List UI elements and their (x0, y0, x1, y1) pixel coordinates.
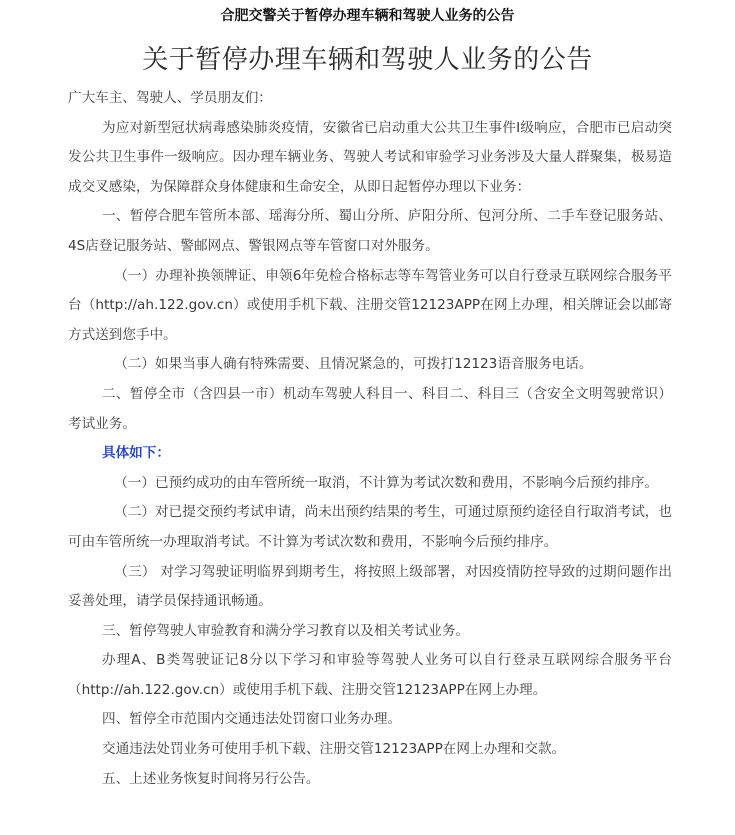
intro-paragraph: 为应对新型冠状病毒感染肺炎疫情，安徽省已启动重大公共卫生事件Ⅰ级响应，合肥市已启… (68, 114, 672, 203)
section-1-item-1: （一）办理补换领牌证、申领6年免检合格标志等车驾管业务可以自行登录互联网综合服务… (68, 262, 672, 351)
section-5-heading: 五、上述业务恢复时间将另行公告。 (68, 765, 672, 795)
section-1-heading: 一、暂停合肥车管所本部、瑶海分所、蜀山分所、庐阳分所、包河分所、二手车登记服务站… (68, 202, 672, 261)
section-2-item-1: （一）已预约成功的由车管所统一取消，不计算为考试次数和费用，不影响今后预约排序。 (68, 469, 672, 499)
greeting: 广大车主、驾驶人、学员朋友们： (68, 84, 672, 114)
section-3-heading: 三、暂停驾驶人审验教育和满分学习教育以及相关考试业务。 (68, 617, 672, 647)
header-title: 合肥交警关于暂停办理车辆和驾驶人业务的公告 (0, 6, 735, 26)
document-body: 广大车主、驾驶人、学员朋友们： 为应对新型冠状病毒感染肺炎疫情，安徽省已启动重大… (68, 84, 672, 794)
section-3-note: 办理A、B类驾驶证记8分以下学习和审验等驾驶人业务可以自行登录互联网综合服务平台… (68, 646, 672, 705)
section-4-heading: 四、暂停全市范围内交通违法处罚窗口业务办理。 (68, 705, 672, 735)
section-4-note: 交通违法处罚业务可使用手机下载、注册交管12123APP在网上办理和交款。 (68, 735, 672, 765)
section-2-details-label: 具体如下： (68, 439, 672, 469)
section-1-item-2: （二）如果当事人确有特殊需要、且情况紧急的，可拨打12123语音服务电话。 (68, 350, 672, 380)
section-2-item-2: （二）对已提交预约考试申请，尚未出预约结果的考生，可通过原预约途径自行取消考试，… (68, 498, 672, 557)
section-2-heading: 二、暂停全市（含四县一市）机动车驾驶人科目一、科目二、科目三（含安全文明驾驶常识… (68, 380, 672, 439)
document-title: 关于暂停办理车辆和驾驶人业务的公告 (0, 40, 735, 80)
section-2-item-3: （三） 对学习驾驶证明临界到期考生，将按照上级部署，对因疫情防控导致的过期问题作… (68, 558, 672, 617)
